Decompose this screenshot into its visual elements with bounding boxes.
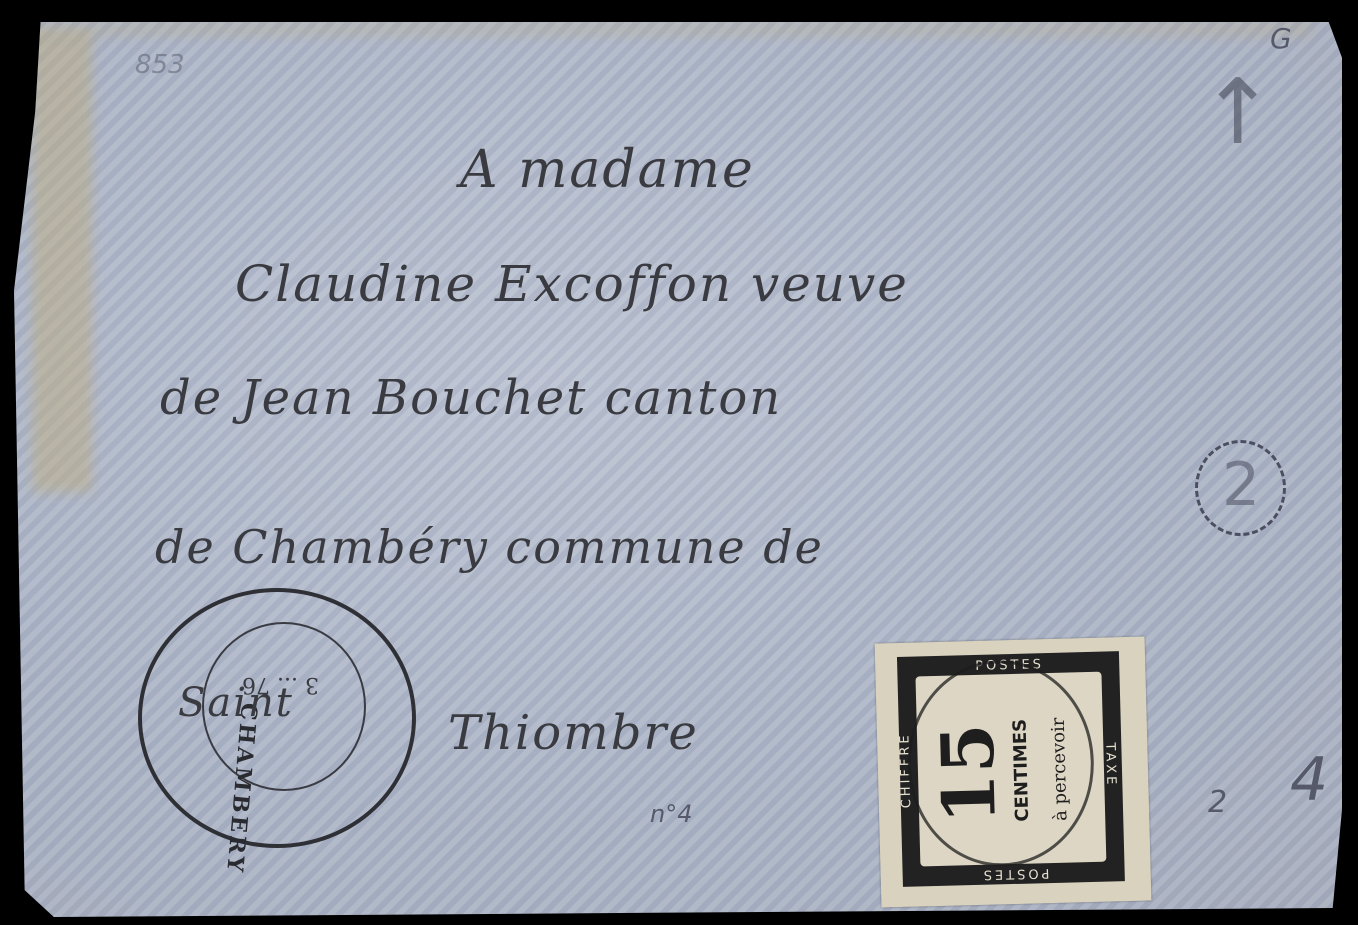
address-line-3: de Jean Bouchet canton — [160, 370, 782, 426]
stain-top — [34, 22, 1314, 36]
pencil-note-bottom-center: n°4 — [650, 800, 692, 828]
pencil-note-bottom-right-1: 2 — [1208, 785, 1227, 820]
address-line-2: Claudine Excoffon veuve — [235, 255, 909, 313]
rate-circle-digit: 2 — [1222, 450, 1260, 520]
stain-left — [32, 32, 92, 492]
address-line-6: Thiombre — [448, 705, 699, 761]
postage-due-stamp: POSTES POSTES CHIFFRE TAXE 15 CENTIMES à… — [875, 637, 1152, 908]
pencil-note-top-left: 853 — [135, 50, 185, 80]
address-line-4: de Chambéry commune de — [155, 520, 824, 574]
stamp-right-label: TAXE — [1102, 742, 1118, 787]
pencil-note-top-right: G — [1270, 22, 1292, 55]
address-line-5: Saint — [178, 680, 294, 726]
pencil-arrow-icon: ↑ — [1200, 60, 1275, 165]
address-line-1: A madame — [460, 140, 755, 200]
pencil-note-bottom-right-2: 4 — [1290, 745, 1328, 815]
stamp-bottom-label: POSTES — [980, 865, 1049, 882]
